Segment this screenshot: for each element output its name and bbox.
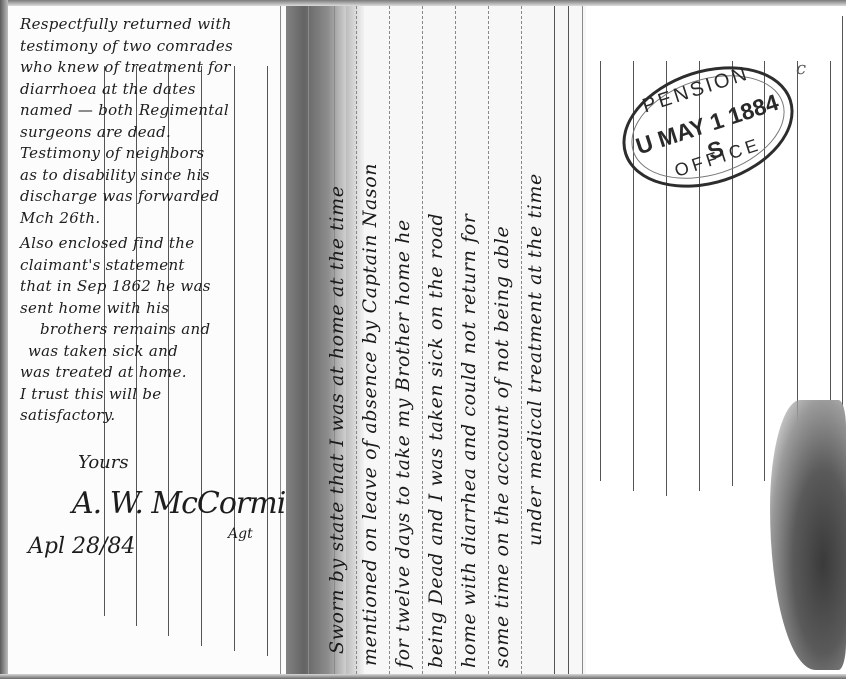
letter-line: diarrhoea at the dates <box>20 79 282 101</box>
statement-line: some time on the account of not being ab… <box>491 226 513 668</box>
statement-line: Sworn by state that I was at home at the… <box>326 185 348 654</box>
letter-line: sent home with his <box>20 298 282 320</box>
rotated-statement: Sworn by state that I was at home at the… <box>286 6 586 674</box>
middle-panel-statement: Sworn by state that I was at home at the… <box>286 6 586 674</box>
letter-line: brothers remains and <box>20 319 282 341</box>
letter-line: Testimony of neighbors <box>20 143 282 165</box>
scanned-document: Respectfully returned with testimony of … <box>0 0 846 679</box>
letter-line: was taken sick and <box>20 341 282 363</box>
pencil-mark: c <box>796 58 806 79</box>
letter-line: I trust this will be <box>20 384 282 406</box>
letter-line: who knew of treatment for <box>20 57 282 79</box>
letter-line: as to disability since his <box>20 165 282 187</box>
letter-line: satisfactory. <box>20 405 282 427</box>
statement-line: for twelve days to take my Brother home … <box>392 219 414 668</box>
letter-line: testimony of two comrades <box>20 36 282 58</box>
scan-edge-left <box>0 0 8 679</box>
closing: Yours <box>78 452 129 473</box>
signature-suffix: Agt <box>228 526 253 542</box>
statement-line: home with diarrhea and could not return … <box>458 214 480 668</box>
signature: A. W. McCormick <box>72 486 318 521</box>
letter-line: Also enclosed find the <box>20 233 282 255</box>
letter-line: that in Sep 1862 he was <box>20 276 282 298</box>
statement-line: being Dead and I was taken sick on the r… <box>425 213 447 668</box>
letter-line: claimant's statement <box>20 255 282 277</box>
left-panel-letter: Respectfully returned with testimony of … <box>8 6 286 674</box>
statement-line: mentioned on leave of absence by Captain… <box>359 163 381 666</box>
stamp-prefix: U <box>633 130 657 160</box>
letter-line: named — both Regimental <box>20 100 282 122</box>
letter-line: Respectfully returned with <box>20 14 282 36</box>
statement-line: under medical treatment at the time <box>524 173 546 546</box>
letter-date: Apl 28/84 <box>28 534 135 559</box>
letter-line: surgeons are dead. <box>20 122 282 144</box>
letter-line: was treated at home. <box>20 362 282 384</box>
letter-body: Respectfully returned with testimony of … <box>20 14 282 427</box>
scan-edge-bottom <box>0 674 846 679</box>
letter-line: Mch 26th. <box>20 208 282 230</box>
letter-line: discharge was forwarded <box>20 186 282 208</box>
ruled-line <box>600 61 601 481</box>
